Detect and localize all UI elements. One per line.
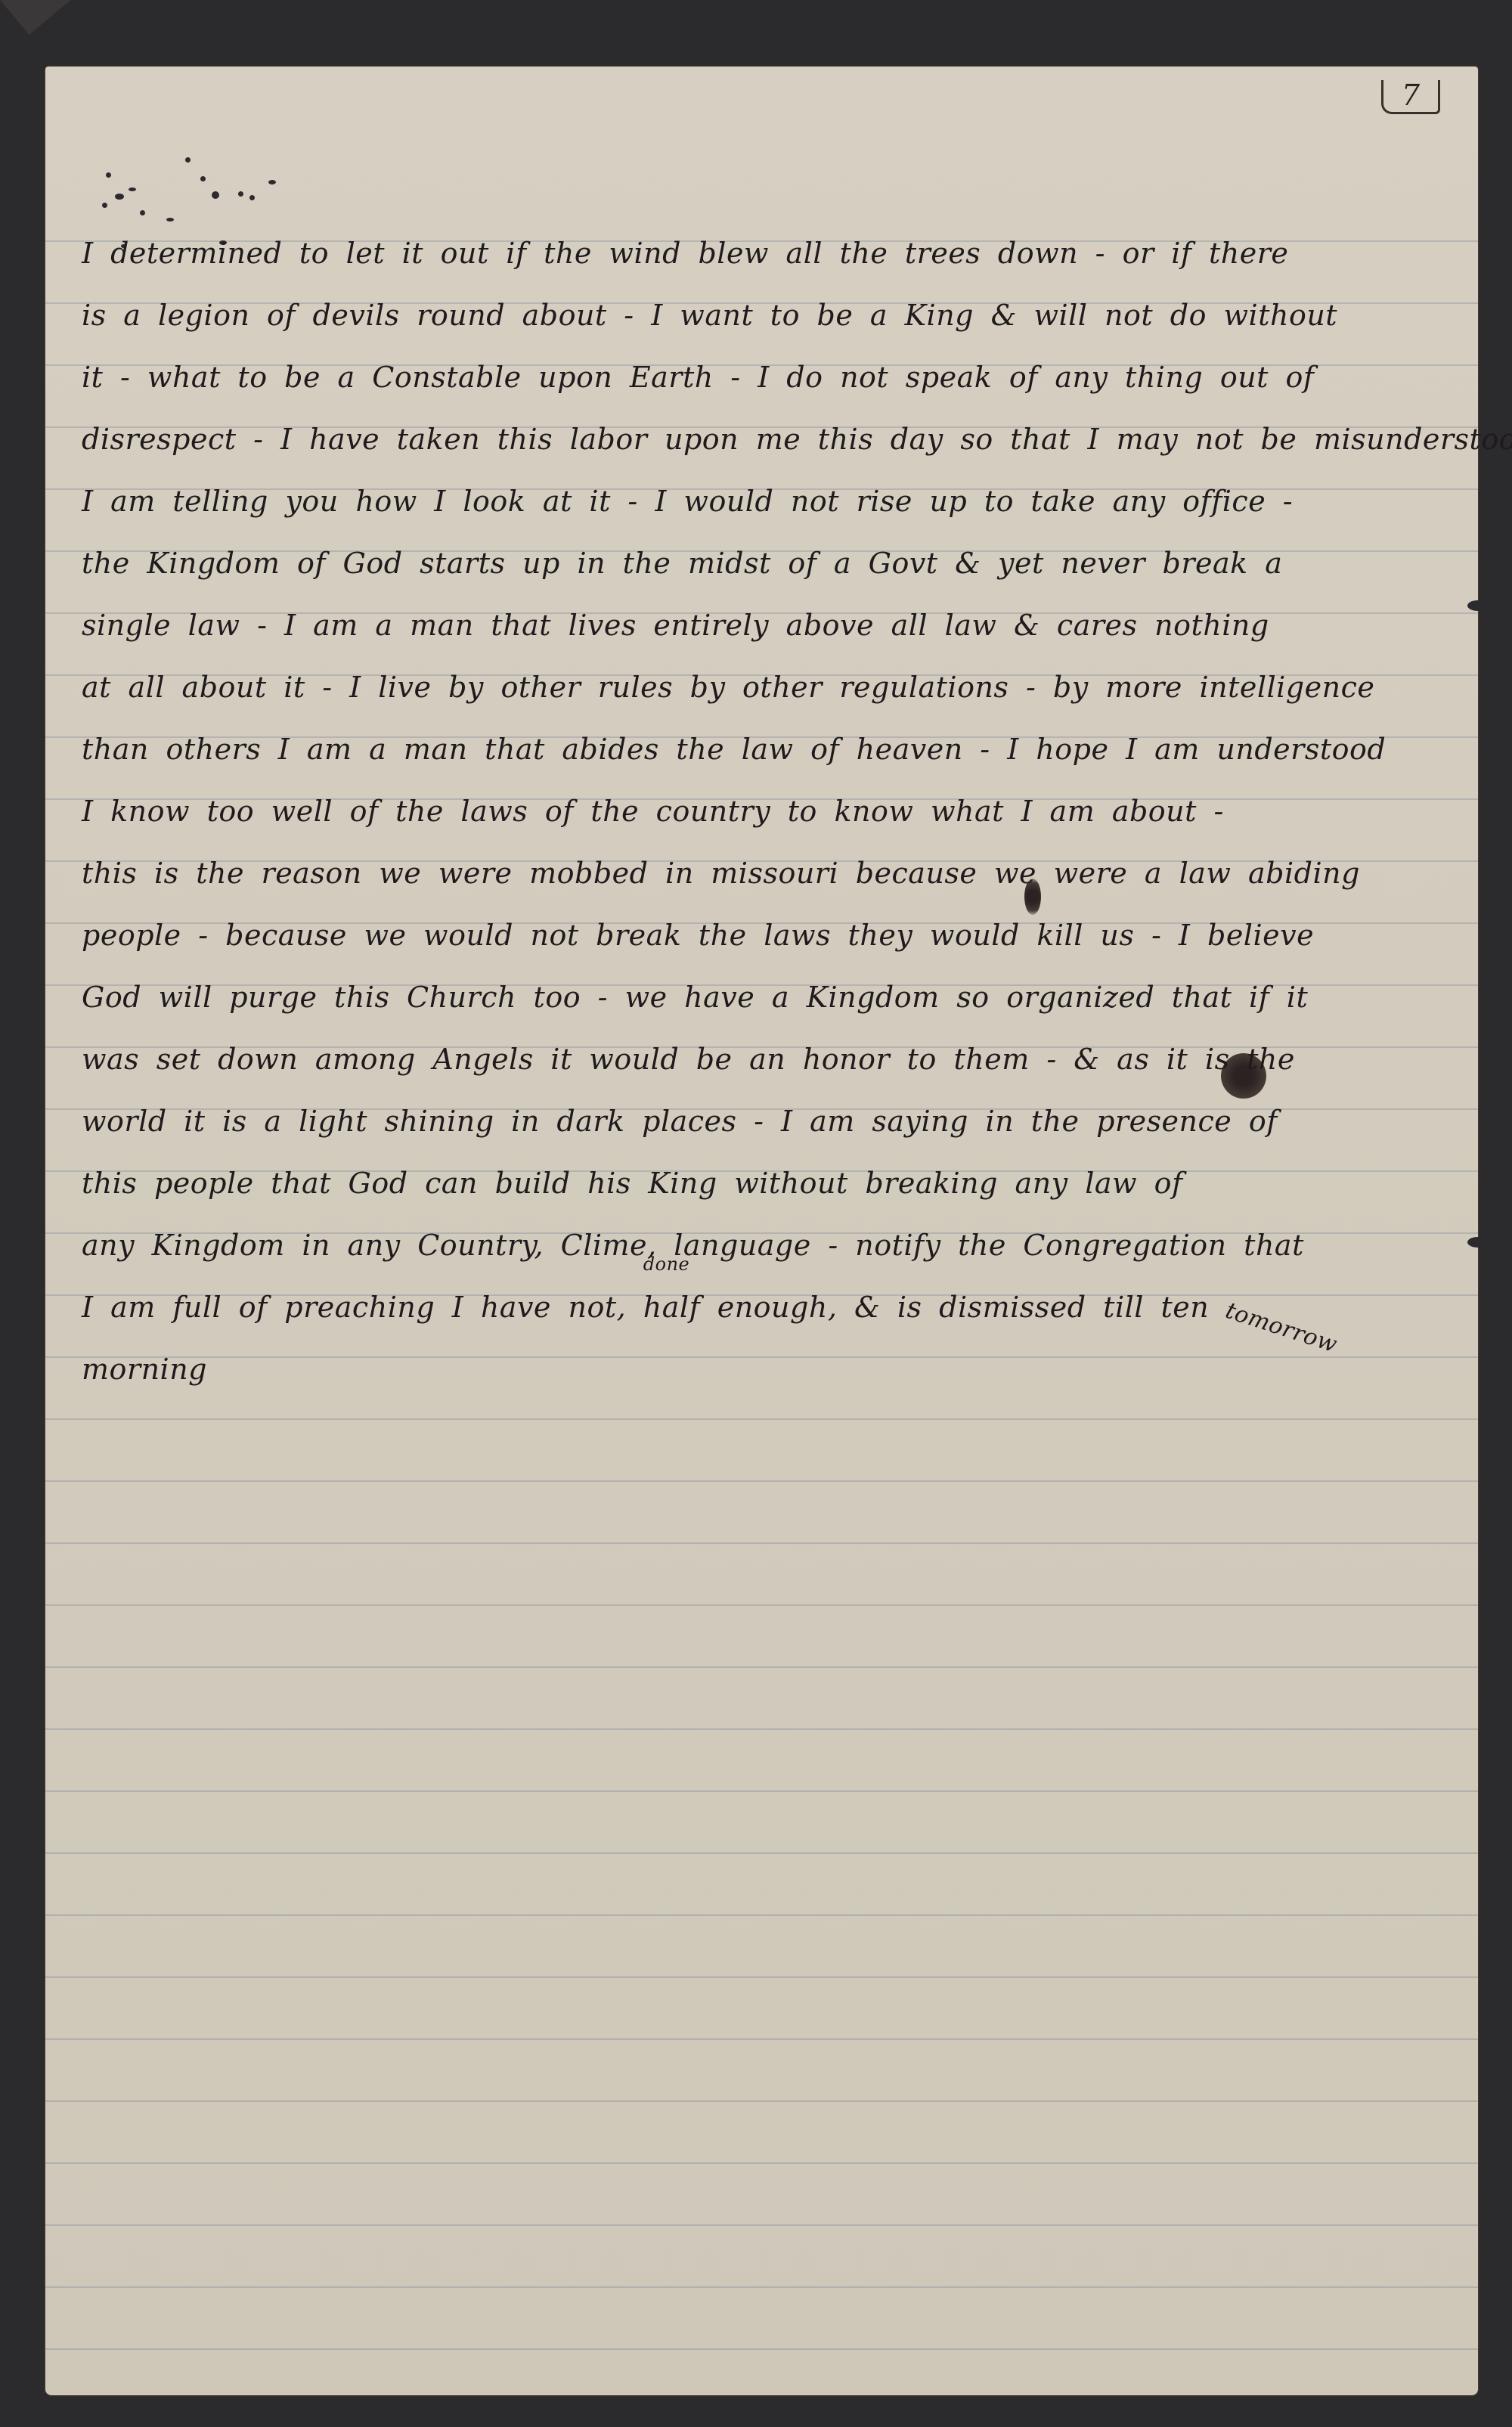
ruled-line bbox=[45, 1852, 1478, 1854]
ruled-line bbox=[45, 2286, 1478, 2288]
text-line: at all about it - I live by other rules … bbox=[82, 656, 1473, 718]
page-number: 7 bbox=[1381, 80, 1440, 114]
text-line: this people that God can build his King … bbox=[82, 1152, 1473, 1214]
text-line: the Kingdom of God starts up in the mids… bbox=[82, 532, 1473, 594]
ruled-line bbox=[45, 1418, 1478, 1420]
text-line: I know too well of the laws of the count… bbox=[82, 780, 1473, 842]
text-line: I determined to let it out if the wind b… bbox=[82, 222, 1473, 284]
text-line: I am telling you how I look at it - I wo… bbox=[82, 470, 1473, 532]
ruled-line bbox=[45, 2038, 1478, 2040]
text-segment: I am full of preaching I have not, bbox=[82, 1291, 626, 1324]
text-line: single law - I am a man that lives entir… bbox=[82, 594, 1473, 656]
ruled-line bbox=[45, 1480, 1478, 1482]
text-line: people - because we would not break the … bbox=[82, 904, 1473, 966]
ruled-line bbox=[45, 2162, 1478, 2164]
text-line: disrespect - I have taken this labor upo… bbox=[82, 408, 1473, 470]
text-line: it - what to be a Constable upon Earth -… bbox=[82, 346, 1473, 408]
ruled-line bbox=[45, 2100, 1478, 2102]
ruled-line bbox=[45, 2348, 1478, 2350]
ruled-line bbox=[45, 1604, 1478, 1606]
inserted-word: done bbox=[643, 1255, 689, 1273]
ruled-line bbox=[45, 2224, 1478, 2226]
text-line: God will purge this Church too - we have… bbox=[82, 966, 1473, 1028]
scanner-clip-shadow bbox=[0, 0, 98, 35]
interlinear-insertion: done half enough, & is dismissed till te… bbox=[643, 1276, 1209, 1338]
text-line: was set down among Angels it would be an… bbox=[82, 1028, 1473, 1090]
ruled-line bbox=[45, 1914, 1478, 1916]
ruled-line bbox=[45, 1728, 1478, 1730]
text-line: any Kingdom in any Country, Clime, langu… bbox=[82, 1214, 1473, 1276]
text-line: this is the reason we were mobbed in mis… bbox=[82, 842, 1473, 904]
text-line-with-insertion: I am full of preaching I have not, done … bbox=[82, 1276, 1473, 1338]
manuscript-text: I determined to let it out if the wind b… bbox=[82, 222, 1473, 1400]
ruled-line bbox=[45, 1666, 1478, 1668]
ruled-line bbox=[45, 1790, 1478, 1792]
text-line: than others I am a man that abides the l… bbox=[82, 718, 1473, 780]
text-line: world it is a light shining in dark plac… bbox=[82, 1090, 1473, 1152]
ruled-line bbox=[45, 1976, 1478, 1978]
text-segment: half enough, & is dismissed till ten bbox=[643, 1291, 1209, 1324]
ruled-line bbox=[45, 1542, 1478, 1544]
manuscript-page: 7 I determined to let it out if the wind… bbox=[45, 67, 1478, 2395]
text-line: is a legion of devils round about - I wa… bbox=[82, 284, 1473, 346]
